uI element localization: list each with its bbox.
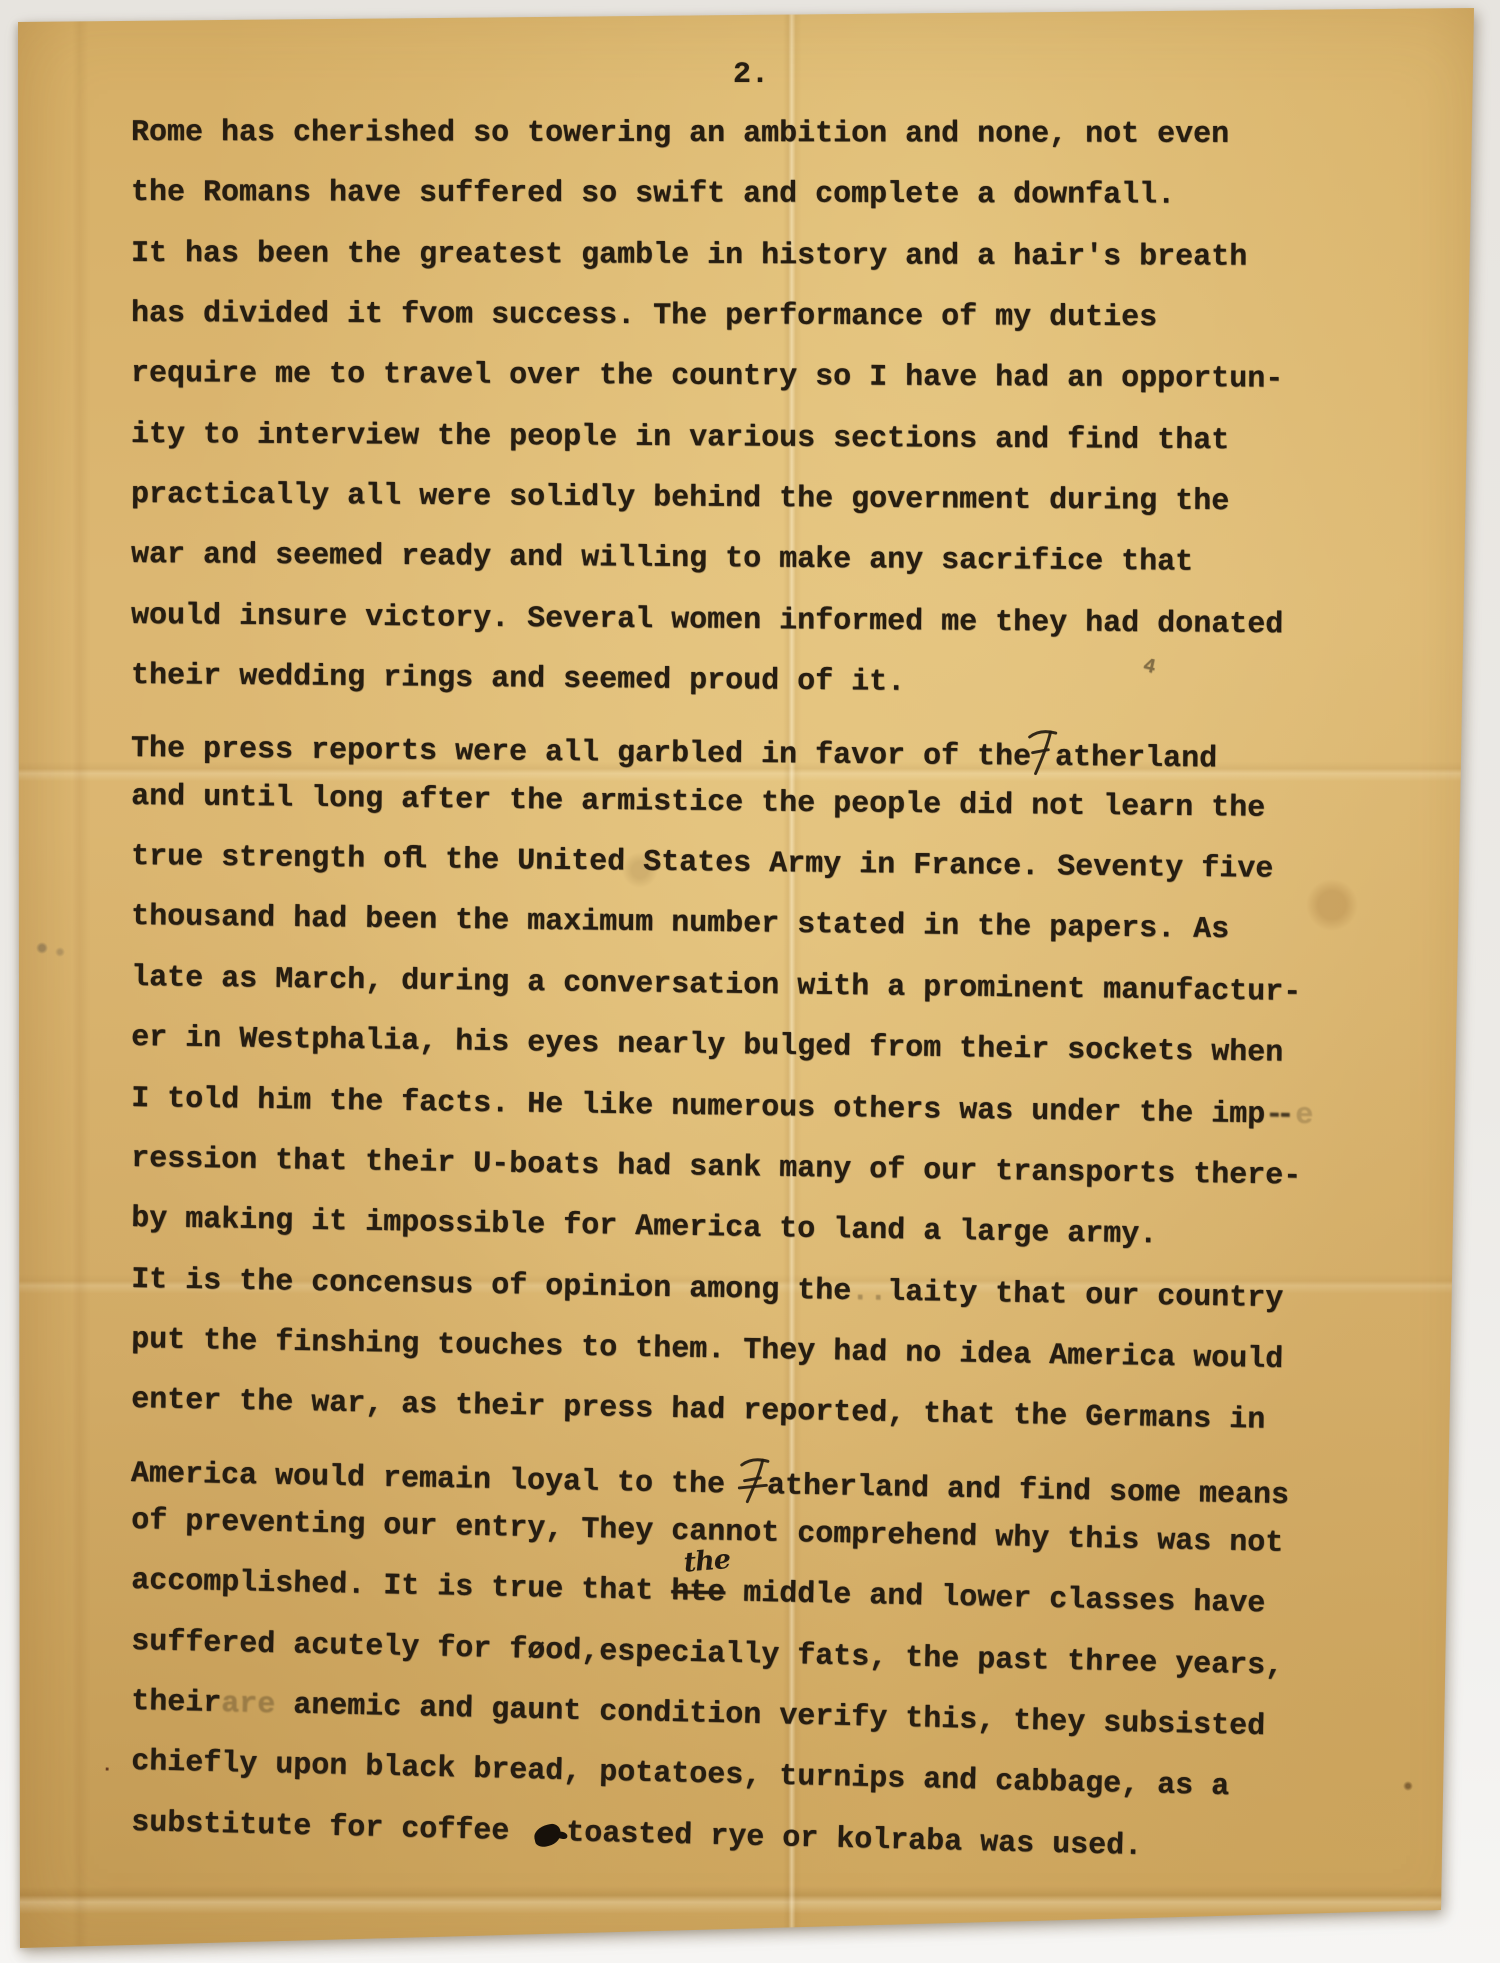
paper-shadow-wrap: 2. Rome has cherished so towering an amb… xyxy=(0,0,1500,1963)
typed-line: Rome has cherished so towering an ambiti… xyxy=(131,116,1361,178)
typed-text: It has been the greatest gamble in histo… xyxy=(131,237,1247,275)
typed-text: their xyxy=(131,1685,222,1721)
typed-text-margin-dot: . xyxy=(101,1755,114,1778)
typed-text-strike: htethe xyxy=(671,1575,726,1610)
typed-text: atherland xyxy=(1055,741,1217,777)
typed-text: war and seemed ready and willing to make… xyxy=(131,538,1193,580)
document-page: 2. Rome has cherished so towering an amb… xyxy=(0,0,1500,1963)
typed-line: require me to travel over the country so… xyxy=(131,357,1361,423)
typed-line: ity to interview the people in various s… xyxy=(131,418,1361,485)
ink-blot xyxy=(532,1822,563,1848)
typed-line: practically all were solidly behind the … xyxy=(131,478,1361,546)
typed-text: has divided it fvom success. The perform… xyxy=(131,297,1157,335)
typed-line: would insure victory. Several women info… xyxy=(131,599,1361,669)
handwritten-letter-f xyxy=(1031,741,1055,775)
handwritten-correction: the xyxy=(671,1543,743,1580)
typed-text-faint: .. xyxy=(851,1275,888,1310)
typed-text-smudge: -- xyxy=(1265,1098,1287,1132)
typed-text: practically all were solidly behind the … xyxy=(131,478,1229,519)
typed-text: Rome has cherished so towering an ambiti… xyxy=(131,116,1229,152)
typed-text: The press reports were all garbled in fa… xyxy=(131,732,1031,775)
typed-line: The press reports were all garbled in fa… xyxy=(131,719,1362,791)
page-number: 2. xyxy=(733,58,769,92)
typed-text: true strength of xyxy=(131,840,419,877)
typed-line: war and seemed ready and willing to make… xyxy=(131,538,1361,607)
typed-line: It has been the greatest gamble in histo… xyxy=(131,237,1361,301)
typed-text: laity that our country xyxy=(887,1275,1284,1316)
handwritten-letter-f xyxy=(743,1468,768,1502)
typed-text: America would remain loyal to the xyxy=(131,1457,744,1503)
typed-text-overlap: l xyxy=(409,843,427,877)
typed-text: their wedding rings and seemed proud of … xyxy=(131,659,905,700)
typed-text-ghost: e xyxy=(1295,1098,1314,1132)
typed-text-faint: are xyxy=(221,1687,276,1722)
typed-text: atherland and find some means xyxy=(767,1469,1290,1513)
typed-text-block: Rome has cherished so towering an ambiti… xyxy=(131,116,1361,1866)
typed-line: has divided it fvom success. The perform… xyxy=(131,297,1361,362)
typed-line: their wedding rings and seemed proud of … xyxy=(131,659,1361,730)
typed-text: require me to travel over the country so… xyxy=(131,357,1283,397)
typed-text: ity to interview the people in various s… xyxy=(131,418,1229,458)
typed-text: the Romans have suffered so swift and co… xyxy=(131,176,1175,213)
typed-line: the Romans have suffered so swift and co… xyxy=(131,176,1361,239)
